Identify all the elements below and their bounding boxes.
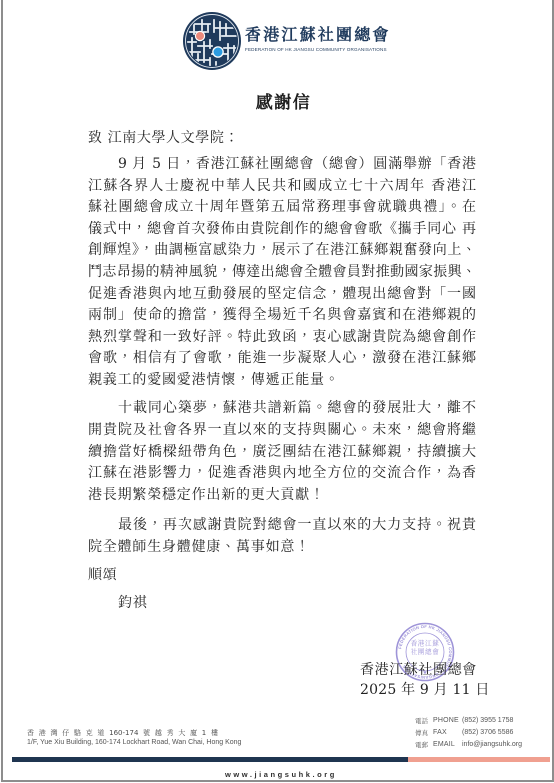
seal-center-row-2: 社團總會 <box>411 647 440 656</box>
paragraph-line: 十載同心築夢，蘇港共譜新篇。總會的發展壯大，離不 <box>88 398 476 420</box>
signature-org: 香港江蘇社團總會 <box>360 660 480 680</box>
org-name-chinese: 香港江蘇社團總會 <box>245 26 391 44</box>
contact-value: (852) 3706 5586 <box>462 728 513 738</box>
contact-phone: 電話 PHONE (852) 3955 1758 <box>415 716 525 728</box>
federation-logo-icon <box>182 10 242 72</box>
org-name-english: FEDERATION OF HK JIANGSU COMMUNITY ORGAN… <box>245 47 387 53</box>
closing-text: 順頌 <box>88 564 476 586</box>
paragraph-2: 十載同心築夢，蘇港共譜新篇。總會的發展壯大，離不 開貴院及社會各界一直以來的支持… <box>88 398 476 507</box>
address-english: 1/F, Yue Xiu Building, 160-174 Lockhart … <box>27 738 259 748</box>
contact-fax: 傳真 FAX (852) 3706 5586 <box>415 728 525 740</box>
paragraph-line: 親義工的愛國愛港情懷，傳遞正能量。 <box>88 370 476 392</box>
contact-label-en: EMAIL <box>433 740 455 750</box>
paragraph-line: 最後，再次感謝貴院對總會一直以來的大力支持。祝貴 <box>88 514 476 536</box>
paragraph-line: 鬥志昂揚的精神風貌，傳達出總會全體會員對推動國家振興、 <box>88 262 476 284</box>
footer-color-bar <box>12 757 550 762</box>
seal-center-row-1: 香港江蘇 <box>411 639 440 648</box>
letter-page: 香港江蘇社團總會 FEDERATION OF HK JIANGSU COMMUN… <box>0 0 554 783</box>
contact-label-zh: 傳真 <box>415 728 428 738</box>
paragraph-line: 院全體師生身體健康、萬事如意！ <box>88 536 476 558</box>
salutation-line: 致 江南大學人文學院： <box>88 127 476 149</box>
paragraph-1: 9 月 5 日，香港江蘇社團總會（總會）圓滿舉辦「香港 江蘇各界人士慶祝中華人民… <box>88 154 476 392</box>
paragraph-line: 蘇社團總會成立十周年暨第五屆常務理事會就職典禮」。在 <box>88 197 476 219</box>
paragraph-line: 江蘇在港影響力，促進香港與內地全方位的交流合作，為香 <box>88 463 476 485</box>
contact-label-en: PHONE <box>433 716 459 726</box>
contact-label-en: FAX <box>433 728 447 738</box>
paragraph-line: 開貴院及社會各界一直以來的支持與關心。未來，總會將繼 <box>88 420 476 442</box>
regards: 鈞祺 <box>88 592 476 614</box>
paragraph-line: 熱烈掌聲和一致好評。特此致函，衷心感謝貴院為總會創作 <box>88 327 476 349</box>
closing: 順頌 <box>88 564 476 586</box>
paragraph-line: 續擔當好橋樑紐帶角色，廣泛團結在港江蘇鄉親，持續擴大 <box>88 442 476 464</box>
contact-list: 電話 PHONE (852) 3955 1758 傳真 FAX (852) 37… <box>415 716 525 752</box>
website-url: www.jiangsuhk.org <box>225 769 337 780</box>
signature-date: 2025 年 9 月 11 日 <box>360 680 480 700</box>
paragraph-line: 創輝煌》，曲調極富感染力，展示了在港江蘇鄉親奮發向上、 <box>88 240 476 262</box>
address-chinese: 香港灣仔駱克道160-174號越秀大廈1樓 <box>27 728 218 738</box>
paragraph-line: 促進香港與內地互動發展的堅定信念，體現出總會對「一國 <box>88 284 476 306</box>
contact-value: (852) 3955 1758 <box>462 716 513 726</box>
regards-text: 鈞祺 <box>88 592 476 614</box>
contact-email: 電郵 EMAIL info@jiangsuhk.org <box>415 740 525 752</box>
paragraph-line: 兩制」使命的擔當，獲得全場近千名與會嘉賓和在港鄉親的 <box>88 305 476 327</box>
contact-value: info@jiangsuhk.org <box>462 740 522 750</box>
paragraph-line: 港長期繁榮穩定作出新的更大貢獻！ <box>88 485 476 507</box>
paragraph-3: 最後，再次感謝貴院對總會一直以來的大力支持。祝貴 院全體師生身體健康、萬事如意！ <box>88 514 476 558</box>
contact-label-zh: 電話 <box>415 716 428 726</box>
paragraph-line: 儀式中，總會首次發佈由貴院創作的總會會歌《攜手同心 再 <box>88 219 476 241</box>
contact-label-zh: 電郵 <box>415 740 428 750</box>
paragraph-line: 會歌，相信有了會歌，能進一步凝聚人心，激發在港江蘇鄉 <box>88 348 476 370</box>
letter-title: 感謝信 <box>0 93 554 113</box>
salutation: 致 江南大學人文學院： <box>88 127 476 149</box>
paragraph-line: 江蘇各界人士慶祝中華人民共和國成立七十六周年 香港江 <box>88 176 476 198</box>
paragraph-line: 9 月 5 日，香港江蘇社團總會（總會）圓滿舉辦「香港 <box>88 154 476 176</box>
